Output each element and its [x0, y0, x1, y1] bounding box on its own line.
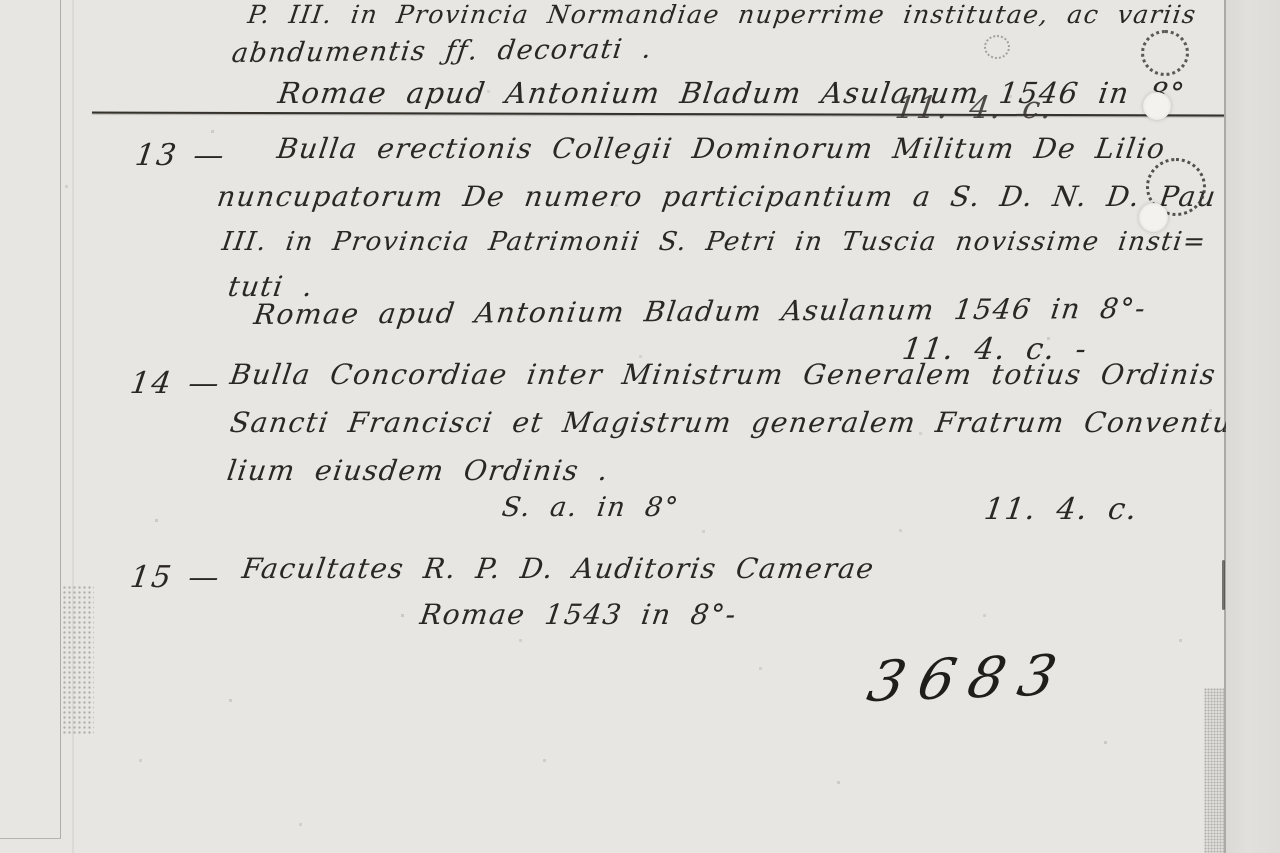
entry-14-imprint-line: S. a. in 8° [500, 492, 681, 523]
entry-15-number: 15— [128, 560, 223, 595]
entry-14-line-2: Sancti Francisci et Magistrum generalem … [228, 406, 1278, 439]
entry-15-line-1: Facultates R. P. D. Auditoris Camerae [240, 552, 877, 585]
entry-number-dash: — [186, 560, 223, 595]
entry-13-line-1: Bulla erectionis Collegii Dominorum Mili… [275, 132, 1168, 165]
fragment-line-1: P. III. in Provincia Normandiae nuperrim… [246, 0, 1199, 29]
entry-14-line-1: Bulla Concordiae inter Ministrum General… [228, 358, 1219, 391]
entry-14-shelfmark: 11. 4. c. [982, 492, 1140, 527]
entry-13-line-2: nuncupatorum De numero participantium a … [215, 180, 1219, 213]
entry-number-dash: — [186, 366, 223, 401]
entry-number-dash: — [191, 138, 228, 173]
paper-speckle-noise [0, 0, 1, 1]
entry-13-line-3: III. in Provincia Patrimonii S. Petri in… [220, 227, 1208, 257]
scan-background-right [1226, 0, 1280, 853]
entry-number-text: 13 [133, 138, 180, 173]
fragment-line-2: abndumentis ƒƒ. decorati . [230, 34, 654, 69]
entry-13-number: 13— [133, 138, 228, 173]
entry-number-text: 14 [128, 366, 175, 401]
entry-14-number: 14— [128, 366, 223, 401]
entry-15-imprint-line: Romae 1543 in 8°- [418, 598, 739, 631]
page-edge-right [1224, 0, 1226, 853]
page-edge-left [60, 0, 61, 838]
entry-number-text: 15 [128, 560, 175, 595]
stipple-patch [62, 585, 94, 735]
edge-ink-dash [1222, 560, 1225, 610]
dotted-stamp-icon [984, 35, 1010, 59]
dotted-stamp-icon [1141, 30, 1189, 76]
struck-shelfmark-note: 11. 4. c. [893, 90, 1055, 126]
page-edge-bottom-left [0, 838, 61, 839]
scanned-manuscript-page: P. III. in Provincia Normandiae nuperrim… [0, 0, 1280, 853]
entry-14-line-3: lium eiusdem Ordinis . [225, 454, 611, 487]
sheet-number: 3683 [862, 643, 1076, 715]
punch-hole-icon [1139, 203, 1168, 232]
entry-13-imprint-line: Romae apud Antonium Bladum Asulanum 1546… [252, 292, 1148, 331]
edge-smudge-right [1204, 688, 1224, 853]
punch-hole-icon [1143, 92, 1171, 120]
divider-rule [92, 112, 1224, 117]
